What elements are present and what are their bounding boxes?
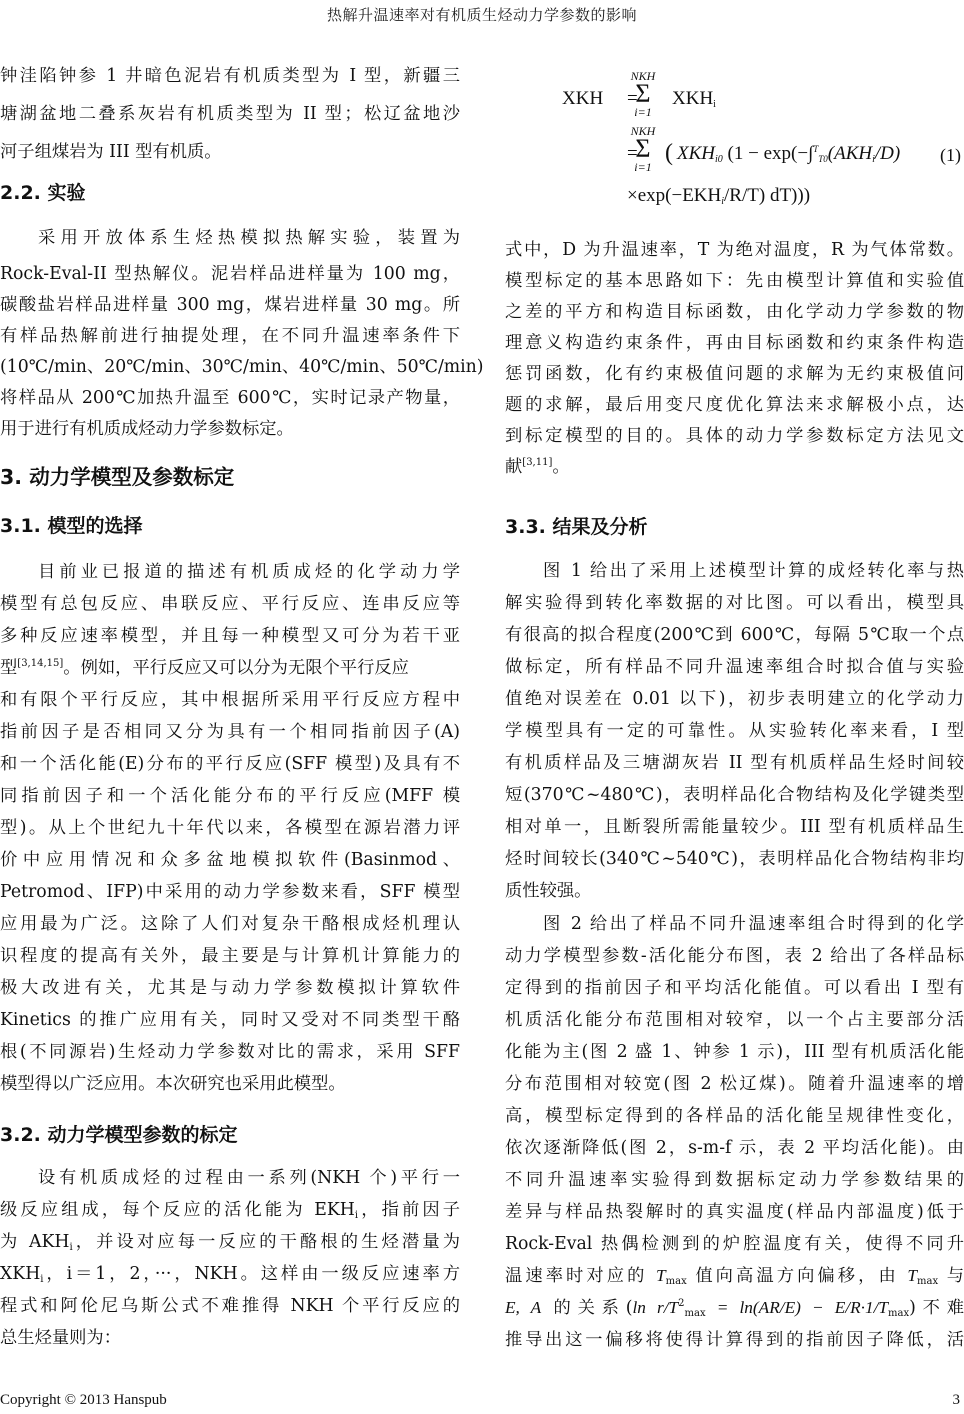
term: XKH	[672, 88, 713, 109]
footer-page-number: 3	[953, 1392, 961, 1409]
paragraph-line: 化能为主(图 2 盛 1、钟参 1 示)，III 型有机质活化能	[505, 1040, 964, 1064]
citation: [3,11]	[522, 457, 552, 468]
text: )不难	[909, 1298, 964, 1318]
paragraph-line: 目前业已报道的描述有机质成烃的化学动力学	[0, 560, 460, 584]
paragraph-line: 相对单一，且断裂所需能量较少。III 型有机质样品生	[505, 815, 964, 839]
text: ，并设对应每一反应的干酪根的生烃潜量为	[73, 1232, 460, 1252]
sum-lower: i=1	[623, 106, 663, 118]
paragraph-line: 惩罚函数，化有约束极值问题的求解为无约束极值问	[505, 362, 964, 386]
paragraph-line: 模型标定的基本思路如下：先由模型计算值和实验值	[505, 269, 964, 293]
subscript: max	[666, 1276, 687, 1287]
paragraph-line: 钟洼陷钟参 1 井暗色泥岩有机质类型为 I 型，新疆三	[0, 64, 460, 88]
paren: (	[665, 140, 673, 167]
text: XKH	[0, 1264, 40, 1284]
subscript: max	[685, 1308, 706, 1319]
paragraph-line: 碳酸盐岩样品进样量 300 mg，煤岩进样量 30 mg。所	[0, 293, 460, 317]
symbol: T	[656, 1266, 666, 1285]
paragraph-line: 不同升温速率实验得到数据标定动力学参数结果的	[505, 1168, 964, 1192]
paragraph-line: 学模型具有一定的可靠性。从实验转化率来看，I 型	[505, 719, 964, 743]
paragraph-line: 将样品从 200℃加热升温至 600℃，实时记录产物量，	[0, 386, 460, 410]
summation-1: NKH Σ i=1	[623, 70, 663, 118]
section-heading-2-2: 2.2. 实验	[0, 178, 86, 205]
paragraph-line: 烃时间较长(340℃~540℃)，表明样品化合物结构非均	[505, 847, 964, 871]
int-lower: T0	[818, 154, 828, 164]
subscript: max	[917, 1276, 938, 1287]
paragraph-line: 分布范围相对较宽(图 2 松辽煤)。随着升温速率的增	[505, 1072, 964, 1096]
paragraph-line: 同指前因子和一个活化能分布的平行反应(MFF 模	[0, 784, 460, 808]
eq-lhs: XKH	[562, 88, 603, 110]
text: 的关系(	[554, 1298, 633, 1318]
paragraph-line: 到标定模型的目的。具体的动力学参数标定方法见文	[505, 424, 964, 448]
paragraph-line: 多种反应速率模型，并且每一种模型又可分为若干亚	[0, 624, 460, 648]
equation-number: (1)	[940, 145, 961, 166]
term: ×exp(−EKH	[627, 185, 721, 206]
paragraph-line: 为 AKHi，并设对应每一反应的干酪根的生烃潜量为	[0, 1230, 460, 1254]
paragraph-line: 有样品热解前进行抽提处理，在不同升温速率条件下	[0, 324, 460, 348]
text: 。	[552, 457, 569, 477]
paragraph-line: 总生烃量则为：	[0, 1326, 460, 1350]
paragraph-line: 推导出这一偏移将使得计算得到的指前因子降低，活	[505, 1328, 964, 1352]
paragraph-line: 温速率时对应的 Tmax 值向高温方向偏移，由 Tmax 与	[505, 1264, 964, 1288]
text: 温速率时对应的	[505, 1266, 647, 1286]
paragraph-line: 解实验得到转化率数据的对比图。可以看出，模型具	[505, 591, 964, 615]
paragraph-line: 做标定，所有样品不同升温速率组合时拟合值与实验	[505, 655, 964, 679]
paragraph-line: 极大改进有关，尤其是与动力学参数模拟计算软件	[0, 976, 460, 1000]
text: 型	[0, 658, 17, 678]
symbol: E, A	[505, 1298, 541, 1317]
text: 。例如，平行反应又可以分为无限个平行反应	[63, 658, 409, 678]
paragraph-line: 图 1 给出了采用上述模型计算的成烃转化率与热	[505, 559, 964, 583]
paragraph-line: 式中，D 为升温速率，T 为绝对温度，R 为气体常数。	[505, 238, 964, 262]
paragraph-line: 有机质样品及三塘湖灰岩 II 型有机质样品生烃时间较	[505, 751, 964, 775]
text: ，指前因子	[358, 1200, 460, 1220]
paragraph-line: 理意义构造约束条件，再由目标函数和约束条件构造	[505, 331, 964, 355]
paragraph-line: Petromod、IFP)中采用的动力学参数来看，SFF 模型	[0, 880, 460, 904]
paragraph-line: 用于进行有机质成烃动力学参数标定。	[0, 417, 460, 441]
paragraph-line: 和有限个平行反应，其中根据所采用平行反应方程中	[0, 688, 460, 712]
subscript: i0	[715, 154, 723, 165]
paragraph-line: 识程度的提高有关外，最主要是与计算机计算能力的	[0, 944, 460, 968]
paragraph-line: 值绝对误差在 0.01 以下)，初步表明建立的化学动力	[505, 687, 964, 711]
paragraph-line: 短(370℃~480℃)，表明样品化合物结构及化学键类型	[505, 783, 964, 807]
paragraph-line: 型[3,14,15]。例如，平行反应又可以分为无限个平行反应	[0, 656, 460, 680]
running-header-title: 热解升温速率对有机质生烃动力学参数的影响	[0, 4, 964, 25]
text: 献	[505, 457, 522, 477]
section-heading-3-3: 3.3. 结果及分析	[505, 512, 648, 539]
paragraph-line: 设有机质成烃的过程由一系列(NKH 个)平行一	[0, 1166, 460, 1190]
paragraph-line: 和一个活化能(E)分布的平行反应(SFF 模型)及具有不	[0, 752, 460, 776]
paragraph-line: 指前因子是否相同又分为具有一个相同指前因子(A)	[0, 720, 460, 744]
paragraph-line: 差异与样品热裂解时的真实温度(样品内部温度)低于	[505, 1200, 964, 1224]
paragraph-line: 定得到的指前因子和平均活化能值。可以看出 I 型有	[505, 976, 964, 1000]
paragraph-line: 依次逐渐降低(图 2，s-m-f 示，表 2 平均活化能)。由	[505, 1136, 964, 1160]
subscript: i	[713, 99, 716, 110]
subscript: max	[888, 1308, 909, 1319]
paragraph-line: 程式和阿伦尼乌斯公式不难推得 NKH 个平行反应的	[0, 1294, 460, 1318]
paragraph-line: 之差的平方和构造目标函数，由化学动力学参数的物	[505, 300, 964, 324]
paragraph-line: 型)。从上个世纪九十年代以来，各模型在源岩潜力评	[0, 816, 460, 840]
paragraph-line: 题的求解，最后用变尺度优化算法来求解极小点，达	[505, 393, 964, 417]
sigma-icon: Σ	[623, 137, 663, 161]
paragraph-line: XKHi，i＝1，2，···，NKH。这样由一级反应速率方	[0, 1262, 460, 1286]
term: (1 − exp(−∫	[728, 143, 814, 164]
term: XKH	[677, 143, 715, 164]
paragraph-line: 高，模型标定得到的各样品的活化能呈规律性变化，	[505, 1104, 964, 1128]
term: /D)	[875, 143, 900, 164]
section-heading-3-2: 3.2. 动力学模型参数的标定	[0, 1120, 238, 1147]
paragraph-line: 图 2 给出了样品不同升温速率组合时得到的化学	[505, 912, 964, 936]
paragraph-line: 机质活化能分布范围相对较窄，以一个占主要部分活	[505, 1008, 964, 1032]
citation: [3,14,15]	[17, 658, 63, 669]
eq-line2: XKHi0 (1 − exp(−∫TT0(AKHi/D)	[677, 143, 900, 165]
text: 为 AKH	[0, 1232, 69, 1252]
eq-line3: ×exp(−EKHi/R/T) dT)))	[627, 185, 810, 207]
sigma-icon: Σ	[623, 82, 663, 106]
footer-copyright: Copyright © 2013 Hanspub	[0, 1392, 167, 1409]
paragraph-line: 采用开放体系生烃热模拟热解实验，装置为	[0, 226, 460, 250]
paragraph-line: 质性较强。	[505, 879, 964, 903]
section-heading-3-1: 3.1. 模型的选择	[0, 511, 143, 538]
term: (AKH	[828, 143, 872, 164]
paragraph-line: 河子组煤岩为 III 型有机质。	[0, 140, 460, 164]
paragraph-line: 献[3,11]。	[505, 455, 964, 479]
sum-lower: i=1	[623, 161, 663, 173]
int-upper: T	[813, 144, 818, 154]
paragraph-line: 有很高的拟合程度(200℃到 600℃，每隔 5℃取一个点	[505, 623, 964, 647]
text: 与	[947, 1266, 964, 1286]
paragraph-line: E, A 的关系(ln r/T2max = ln(AR/E) − E/R·1/T…	[505, 1296, 964, 1320]
paragraph-line: Kinetics 的推广应用有关，同时又受对不同类型干酪	[0, 1008, 460, 1032]
formula: = ln(AR/E) − E/R·1/T	[706, 1298, 888, 1317]
symbol: T	[907, 1266, 917, 1285]
text: 级反应组成，每个反应的活化能为 EKH	[0, 1200, 355, 1220]
paragraph-line: 塘湖盆地二叠系灰岩有机质类型为 II 型；松辽盆地沙	[0, 102, 460, 126]
paragraph-line: 级反应组成，每个反应的活化能为 EKHi，指前因子	[0, 1198, 460, 1222]
paragraph-line: 动力学模型参数-活化能分布图，表 2 给出了各样品标	[505, 944, 964, 968]
term: /R/T) dT)))	[724, 185, 810, 206]
summation-2: NKH Σ i=1	[623, 125, 663, 173]
paragraph-line: Rock-Eval 热偶检测到的炉腔温度有关，使得不同升	[505, 1232, 964, 1256]
paragraph-line: 模型得以广泛应用。本次研究也采用此模型。	[0, 1072, 460, 1096]
paragraph-line: 模型有总包反应、串联反应、平行反应、连串反应等	[0, 592, 460, 616]
paragraph-line: Rock-Eval-II 型热解仪。泥岩样品进样量为 100 mg，	[0, 262, 460, 286]
formula: ln r/T	[632, 1298, 678, 1317]
section-heading-3: 3. 动力学模型及参数标定	[0, 460, 234, 490]
text: ，i＝1，2，···，NKH。这样由一级反应速率方	[44, 1264, 461, 1284]
paragraph-line: 根(不同源岩)生烃动力学参数对比的需求，采用 SFF	[0, 1040, 460, 1064]
paragraph-line: (10℃/min、20℃/min、30℃/min、40℃/min、50℃/min…	[0, 355, 460, 379]
text: 值向高温方向偏移，由	[695, 1266, 899, 1286]
eq-term: XKHi	[672, 88, 716, 110]
paragraph-line: 应用最为广泛。这除了人们对复杂干酪根成烃机理认	[0, 912, 460, 936]
paragraph-line: 价中应用情况和众多盆地模拟软件(Basinmod、	[0, 848, 460, 872]
